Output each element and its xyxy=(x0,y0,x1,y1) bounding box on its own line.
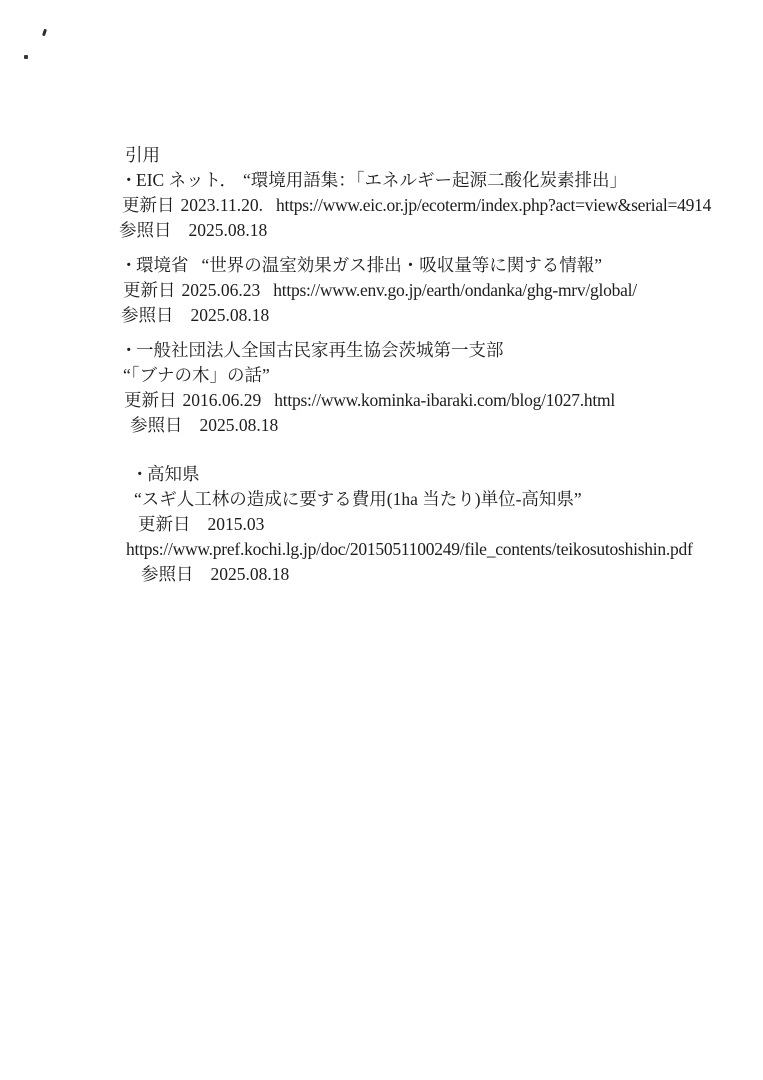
citation-updated-line: 更新日2023.11.20.https://www.eic.or.jp/ecot… xyxy=(122,193,763,218)
citation-url: https://www.pref.kochi.lg.jp/doc/2015051… xyxy=(126,539,693,559)
citation-source-line: ・環境省“世界の温室効果ガス排出・吸収量等に関する情報” xyxy=(120,253,763,278)
accessed-date: 2025.08.18 xyxy=(189,220,268,240)
citation-title: “環境用語集：「エネルギー起源二酸化炭素排出」 xyxy=(243,170,627,190)
scanned-citation-page: { "page": { "heading": "引用", "bullet": "… xyxy=(0,0,763,1080)
updated-label: 更新日 xyxy=(122,195,175,215)
accessed-label: 参照日 xyxy=(141,564,194,584)
bullet-icon: ・ xyxy=(120,338,136,363)
citation-item-kochi: ・高知県 “スギ人工林の造成に要する費用(1ha 当たり)単位-高知県” 更新日… xyxy=(0,462,763,587)
citation-source-line: ・一般社団法人全国古民家再生協会茨城第一支部 xyxy=(120,338,763,363)
accessed-date: 2025.08.18 xyxy=(191,305,270,325)
citation-source-line: ・EIC ネット．“環境用語集：「エネルギー起源二酸化炭素排出」 xyxy=(120,168,763,193)
citation-title: “「ブナの木」の話” xyxy=(123,365,270,385)
bullet-icon: ・ xyxy=(120,253,136,278)
updated-date: 2016.06.29 xyxy=(183,390,262,410)
citation-accessed-line: 参照日2025.08.18 xyxy=(121,303,763,328)
citation-updated-line: 更新日2025.06.23https://www.env.go.jp/earth… xyxy=(123,278,763,303)
scan-artifact-tick xyxy=(42,29,47,37)
citation-source: EIC ネット． xyxy=(136,170,237,190)
scan-artifact-dot xyxy=(24,55,28,59)
citation-updated-line: 更新日2015.03 xyxy=(138,512,763,537)
citation-updated-line: 更新日2016.06.29https://www.kominka-ibaraki… xyxy=(124,388,763,413)
accessed-label: 参照日 xyxy=(121,305,174,325)
citation-source-line: ・高知県 xyxy=(131,462,763,487)
citation-url-line: https://www.pref.kochi.lg.jp/doc/2015051… xyxy=(126,537,763,562)
citation-url: https://www.kominka-ibaraki.com/blog/102… xyxy=(274,390,615,410)
bullet-icon: ・ xyxy=(131,462,147,487)
citation-item-kominka: ・一般社団法人全国古民家再生協会茨城第一支部 “「ブナの木」の話” 更新日201… xyxy=(0,338,763,438)
citation-list: 引用 ・EIC ネット．“環境用語集：「エネルギー起源二酸化炭素排出」 更新日2… xyxy=(0,143,763,587)
citation-title-line: “スギ人工林の造成に要する費用(1ha 当たり)単位-高知県” xyxy=(134,487,763,512)
citation-accessed-line: 参照日2025.08.18 xyxy=(130,413,763,438)
updated-date: 2025.06.23 xyxy=(182,280,261,300)
citation-source: 高知県 xyxy=(147,464,200,484)
accessed-date: 2025.08.18 xyxy=(211,564,290,584)
citation-url: https://www.eic.or.jp/ecoterm/index.php?… xyxy=(276,195,711,215)
citation-item-env: ・環境省“世界の温室効果ガス排出・吸収量等に関する情報” 更新日2025.06.… xyxy=(0,253,763,328)
updated-label: 更新日 xyxy=(123,280,176,300)
accessed-label: 参照日 xyxy=(130,415,183,435)
updated-label: 更新日 xyxy=(124,390,177,410)
citation-title-line: “「ブナの木」の話” xyxy=(123,363,763,388)
accessed-date: 2025.08.18 xyxy=(200,415,279,435)
updated-label: 更新日 xyxy=(138,514,191,534)
citation-source: 一般社団法人全国古民家再生協会茨城第一支部 xyxy=(136,340,504,360)
citation-url: https://www.env.go.jp/earth/ondanka/ghg-… xyxy=(273,280,637,300)
citation-accessed-line: 参照日2025.08.18 xyxy=(141,562,763,587)
citation-title: “スギ人工林の造成に要する費用(1ha 当たり)単位-高知県” xyxy=(134,489,582,509)
citation-item-eic: ・EIC ネット．“環境用語集：「エネルギー起源二酸化炭素排出」 更新日2023… xyxy=(0,168,763,243)
accessed-label: 参照日 xyxy=(119,220,172,240)
citation-title: “世界の温室効果ガス排出・吸収量等に関する情報” xyxy=(202,255,603,275)
updated-date: 2023.11.20. xyxy=(181,195,263,215)
updated-date: 2015.03 xyxy=(208,514,265,534)
page-title: 引用 xyxy=(125,143,763,168)
citation-source: 環境省 xyxy=(136,255,189,275)
citation-accessed-line: 参照日2025.08.18 xyxy=(119,218,763,243)
bullet-icon: ・ xyxy=(120,168,136,193)
